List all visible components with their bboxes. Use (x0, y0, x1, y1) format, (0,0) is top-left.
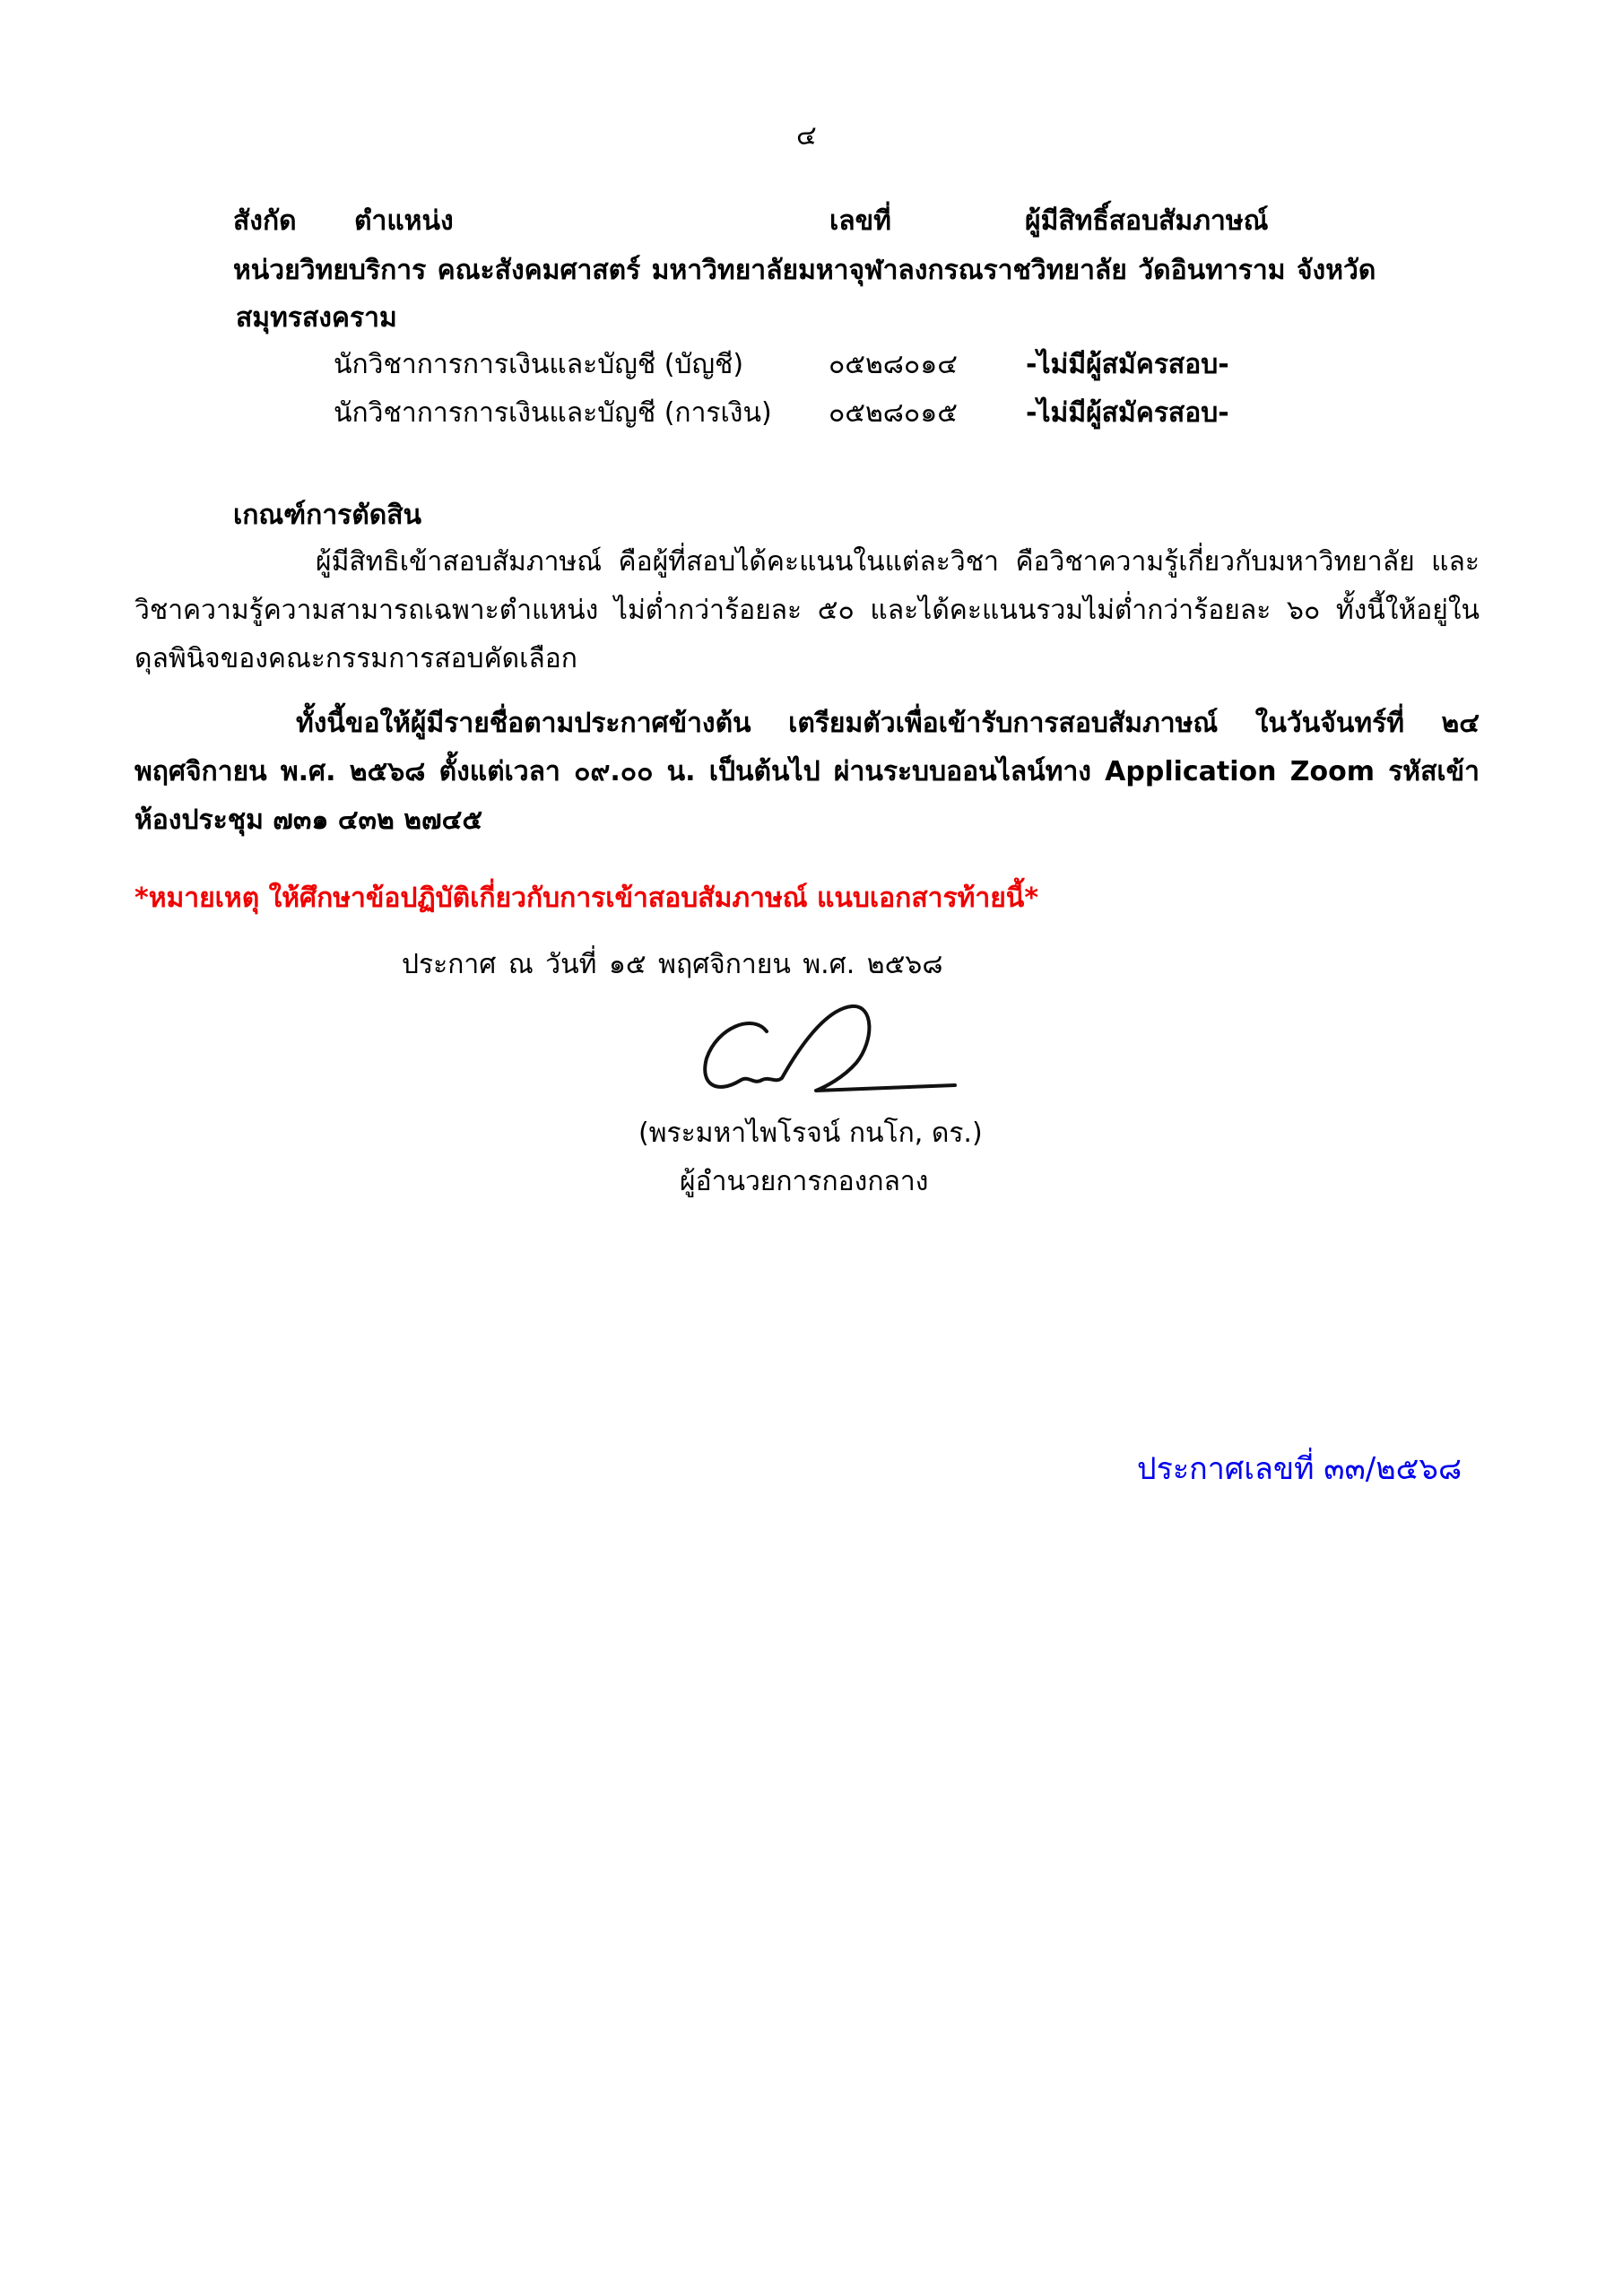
signer-title: ผู้อำนวยการกองกลาง (680, 1161, 928, 1203)
remark-note: *หมายเหตุ ให้ศึกษาข้อปฏิบัติเกี่ยวกับการ… (135, 877, 1038, 919)
signer-name: (พระมหาไพโรจน์ กนโก, ดร.) (638, 1112, 983, 1154)
signature-image (699, 1004, 968, 1112)
page-number: ๔ (796, 115, 817, 157)
unit-name: หน่วยวิทยบริการ คณะสังคมศาสตร์ มหาวิทยาล… (233, 257, 1376, 284)
unit-province: สมุทรสงคราม (236, 305, 397, 332)
header-number: เลขที่ (829, 208, 891, 235)
document-page: ๔ สังกัด ตำแหน่ง เลขที่ ผู้มีสิทธิ์สอบสั… (0, 0, 1623, 2296)
criteria-paragraph: ผู้มีสิทธิเข้าสอบสัมภาษณ์ คือผู้ที่สอบได… (135, 538, 1480, 683)
criteria-heading: เกณฑ์การตัดสิน (233, 502, 421, 529)
position-name: นักวิชาการการเงินและบัญชี (การเงิน) (334, 400, 772, 427)
position-name: นักวิชาการการเงินและบัญชี (บัญชี) (334, 352, 743, 378)
header-eligible: ผู้มีสิทธิ์สอบสัมภาษณ์ (1025, 208, 1268, 235)
header-affiliation: สังกัด (233, 208, 297, 235)
interview-notice-paragraph: ทั้งนี้ขอให้ผู้มีรายชื่อตามประกาศข้างต้น… (135, 700, 1480, 845)
header-position: ตำแหน่ง (354, 208, 454, 235)
position-number: ๐๕๒๘๐๑๔ (829, 352, 958, 378)
announcement-number: ประกาศเลขที่ ๓๓/๒๕๖๘ (1137, 1444, 1462, 1492)
announce-date: ประกาศ ณ วันที่ ๑๕ พฤศจิกายน พ.ศ. ๒๕๖๘ (402, 944, 942, 986)
position-status: -ไม่มีผู้สมัครสอบ- (1026, 352, 1229, 378)
position-status: -ไม่มีผู้สมัครสอบ- (1026, 400, 1229, 427)
position-number: ๐๕๒๘๐๑๕ (829, 400, 958, 427)
